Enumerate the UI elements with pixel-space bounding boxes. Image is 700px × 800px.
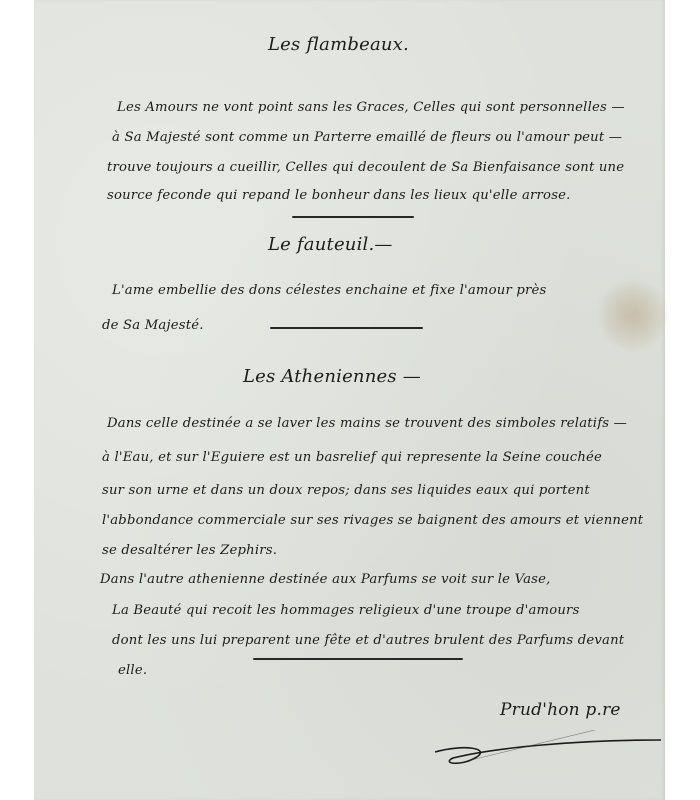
- separator-rule: [270, 327, 423, 329]
- section-heading-flambeaux: Les flambeaux.: [268, 34, 409, 55]
- section-heading-fauteuil: Le fauteuil.—: [268, 234, 393, 255]
- separator-rule: [253, 658, 463, 660]
- text-line: L'ame embellie des dons célestes enchain…: [112, 283, 546, 298]
- separator-rule: [292, 216, 414, 218]
- text-line: La Beauté qui recoit les hommages religi…: [112, 603, 580, 618]
- signature-flourish: [433, 730, 663, 770]
- text-line: trouve toujours a cueillir, Celles qui d…: [107, 160, 624, 175]
- text-line: à Sa Majesté sont comme un Parterre emai…: [112, 130, 622, 145]
- paper-stain: [598, 280, 668, 350]
- text-line: sur son urne et dans un doux repos; dans…: [102, 483, 590, 498]
- text-line: à l'Eau, et sur l'Eguiere est un basreli…: [102, 450, 602, 465]
- text-line: source feconde qui repand le bonheur dan…: [107, 188, 571, 203]
- text-line: Les Amours ne vont point sans les Graces…: [117, 100, 625, 115]
- text-line: dont les uns lui preparent une fête et d…: [112, 633, 624, 648]
- text-line: se desaltérer les Zephirs.: [102, 543, 277, 558]
- text-line: l'abbondance commerciale sur ses rivages…: [102, 513, 643, 528]
- text-line: elle.: [118, 663, 147, 678]
- manuscript-page: [34, 0, 665, 800]
- text-line: Dans celle destinée a se laver les mains…: [107, 416, 627, 431]
- text-line: Dans l'autre athenienne destinée aux Par…: [100, 572, 551, 587]
- signature: Prud'hon p.re: [500, 700, 621, 720]
- text-line: de Sa Majesté.: [102, 318, 204, 333]
- section-heading-atheniennes: Les Atheniennes —: [243, 366, 421, 387]
